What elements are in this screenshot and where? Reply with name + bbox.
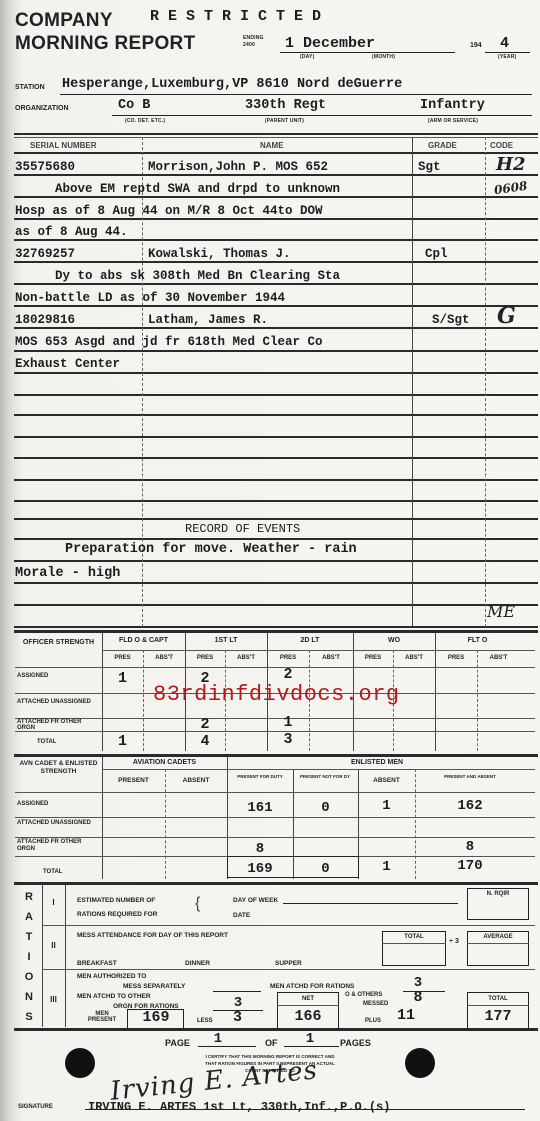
page-number: 1 [198, 1031, 238, 1047]
mess-total-label: TOTAL [382, 934, 446, 940]
cell-value: 1 [267, 714, 309, 731]
less-value: 3 [233, 1009, 242, 1026]
mess-attendance-label: MESS ATTENDANCE FOR DAY OF THIS REPORT [77, 932, 228, 939]
row-label-total: TOTAL [37, 739, 56, 745]
officer-strength-title: OFFICER STRENGTH [15, 638, 102, 647]
code-handwritten: 0608 [493, 179, 528, 198]
col-present-not-for-duty: PRESENT NOT FOR DY [296, 774, 354, 779]
page-label: PAGE [165, 1038, 190, 1048]
aviation-cadets-header: AVIATION CADETS [102, 759, 227, 766]
mess-separately-label: MEN AUTHORIZED TO [77, 973, 146, 980]
cell-value: 162 [415, 798, 525, 814]
code-handwritten: G [497, 303, 516, 329]
cell-value: 3 [267, 731, 309, 748]
col-grade-header: GRADE [428, 141, 457, 150]
row-label-attached-unassigned: ATTACHED UNASSIGNED [17, 699, 97, 706]
estimated-rations-label: ESTIMATED NUMBER OF [77, 897, 155, 904]
row-label-assigned: ASSIGNED [17, 801, 48, 807]
mess-separately-label2: MESS SEPARATELY [123, 983, 185, 990]
rations-required-label: RATIONS REQUIRED FOR [77, 911, 157, 918]
soldier-name: Latham, James R. [148, 313, 268, 327]
divide-by-three: ÷ 3 [447, 937, 461, 947]
less-label: LESS [197, 1018, 213, 1024]
row-label-assigned: ASSIGNED [17, 673, 48, 679]
cell-value: 1 [358, 798, 415, 814]
cell-value: 0 [293, 861, 358, 877]
ration-total-label: TOTAL [467, 996, 529, 1002]
binder-hole [65, 1048, 95, 1078]
col-present-for-duty: PRESENT FOR DUTY [231, 774, 289, 779]
morning-report-page: COMPANY R E S T R I C T E D MORNING REPO… [0, 0, 540, 1121]
report-year: 4 [500, 35, 509, 52]
col-code-header: CODE [490, 141, 513, 150]
remark-line: as of 8 Aug 44. [15, 225, 128, 239]
enlisted-strength-table: AVN CADET & ENLISTED STRENGTH AVIATION C… [15, 757, 535, 882]
row-label-attached-other: ATTACHED FR OTHER ORGN [17, 839, 97, 853]
cell-value: 1 [358, 859, 415, 875]
brace-icon: { [195, 895, 200, 913]
company-value: Co B [118, 98, 150, 113]
serial-number: 18029816 [15, 313, 75, 327]
cell-value: 161 [227, 800, 293, 816]
col-em-absent: ABSENT [358, 777, 415, 784]
subcol-pres: PRES [102, 655, 143, 661]
men-present-value: 169 [127, 1009, 185, 1026]
subcol-abst: ABS'T [225, 655, 267, 661]
cell-value: 1 [102, 670, 143, 687]
cell-value: 8 [415, 839, 525, 855]
remark-line: Non-battle LD as of 30 November 1944 [15, 291, 285, 305]
net-label: NET [277, 996, 339, 1002]
row-label-attached-unassigned: ATTACHED UNASSIGNED [17, 820, 97, 827]
ending-label: ENDING 2400 [243, 35, 273, 49]
net-value: 166 [277, 1008, 339, 1025]
cell-value: 2 [185, 716, 225, 733]
pages-label: PAGES [340, 1038, 371, 1048]
code-handwritten: H2 [496, 154, 526, 175]
plus-label: PLUS [365, 1018, 381, 1024]
subcol-abst: ABS'T [309, 655, 353, 661]
part-iii-numeral: III [42, 995, 65, 1004]
remark-line: MOS 653 Asgd and jd fr 618th Med Clear C… [15, 335, 323, 349]
row-label-total: TOTAL [43, 869, 62, 875]
average-label: AVERAGE [467, 934, 529, 940]
remark-line: Dy to abs sk 308th Med Bn Clearing Sta [55, 269, 340, 283]
subcol-pres: PRES [267, 655, 309, 661]
day-of-week-field[interactable] [283, 895, 458, 904]
others-messed-label2: MESSED [363, 1001, 388, 1007]
date-label: DATE [233, 912, 250, 919]
parent-caption: (PARENT UNIT) [265, 118, 304, 124]
group-wo: WO [353, 637, 435, 644]
station-label: STATION [15, 84, 45, 91]
atchd-for-rations-label: MEN ATCHD FOR RATIONS [270, 983, 354, 990]
subcol-pres: PRES [435, 655, 477, 661]
form-title-line1: COMPANY [15, 10, 113, 32]
rations-section: RATIONS I ESTIMATED NUMBER OF RATIONS RE… [15, 885, 535, 1027]
cell-value: 8 [227, 841, 293, 857]
organization-label: ORGANIZATION [15, 105, 69, 112]
total-pages: 1 [290, 1031, 330, 1047]
col-absent: ABSENT [165, 777, 227, 784]
col-name-header: NAME [260, 141, 284, 150]
remark-line: Hosp as of 8 Aug 44 on M/R 8 Oct 44to DO… [15, 204, 323, 218]
supper-label: SUPPER [275, 960, 302, 967]
plus-value: 11 [397, 1007, 415, 1024]
officer-strength-table: OFFICER STRENGTH FLD O & CAPT 1ST LT 2D … [15, 633, 535, 753]
arm-caption: (ARM OR SERVICE) [428, 118, 478, 124]
grade: Sgt [418, 160, 441, 174]
serial-number: 35575680 [15, 160, 75, 174]
subcol-pres: PRES [185, 655, 225, 661]
cell-value: 0 [293, 800, 358, 816]
record-of-events-title: RECORD OF EVENTS [185, 522, 300, 536]
company-caption: (CO. DET. ETC.) [125, 118, 165, 124]
watermark: 83rdinfdivdocs.org [153, 682, 400, 707]
binder-hole [405, 1048, 435, 1078]
group-flt-o: FLT O [435, 637, 520, 644]
others-messed-value: 8 [403, 989, 433, 1006]
breakfast-label: BREAKFAST [77, 960, 117, 967]
classification-stamp: R E S T R I C T E D [150, 8, 321, 25]
day-caption: (DAY) [300, 54, 314, 60]
part-ii-numeral: II [42, 941, 65, 950]
initials-handwritten: ME [487, 602, 515, 621]
ration-total-value: 177 [467, 1008, 529, 1025]
form-title-line2: MORNING REPORT [15, 33, 195, 55]
part-i-numeral: I [42, 898, 65, 907]
col-present-and-absent: PRESENT AND ABSENT [425, 774, 515, 779]
month-caption: (MONTH) [372, 54, 395, 60]
report-date: 1 December [285, 35, 375, 52]
rations-required-box-label: N. RQIR [467, 891, 529, 897]
serial-number: 32769257 [15, 247, 75, 261]
grade: Cpl [425, 247, 448, 261]
rations-side-label: RATIONS [21, 887, 37, 1027]
record-of-events-line2: Morale - high [15, 566, 120, 581]
row-label-attached-other: ATTACHED FR OTHER ORGN [17, 719, 97, 731]
cell-value: 4 [185, 733, 225, 750]
atchd-other-label: MEN ATCHD TO OTHER [77, 993, 151, 1000]
grade: S/Sgt [432, 313, 470, 327]
station-value: Hesperange,Luxemburg,VP 8610 Nord deGuer… [62, 77, 402, 92]
enlisted-men-header: ENLISTED MEN [227, 759, 527, 766]
record-of-events-line1: Preparation for move. Weather - rain [65, 542, 357, 557]
subcol-abst: ABS'T [143, 655, 185, 661]
men-present-label: MENPRESENT [77, 1011, 127, 1023]
day-of-week-label: DAY OF WEEK [233, 897, 278, 904]
col-serial-header: SERIAL NUMBER [30, 141, 97, 150]
cell-value: 170 [415, 858, 525, 874]
signature-label: SIGNATURE [18, 1104, 53, 1110]
parent-unit-value: 330th Regt [245, 98, 326, 113]
dinner-label: DINNER [185, 960, 210, 967]
remark-line: Exhaust Center [15, 357, 120, 371]
others-messed-label: O & OTHERS [345, 992, 382, 998]
year-caption: (YEAR) [498, 54, 516, 60]
soldier-name: Morrison,John P. MOS 652 [148, 160, 328, 174]
group-1st-lt: 1ST LT [185, 637, 267, 644]
of-label: OF [265, 1038, 278, 1048]
subcol-pres: PRES [353, 655, 393, 661]
cell-value: 169 [227, 861, 293, 877]
soldier-name: Kowalski, Thomas J. [148, 247, 291, 261]
col-present: PRESENT [102, 777, 165, 784]
group-fld-o-capt: FLD O & CAPT [102, 637, 185, 644]
year-prefix: 194 [470, 42, 482, 49]
subcol-abst: ABS'T [393, 655, 435, 661]
remark-line: Above EM reptd SWA and drpd to unknown [55, 182, 340, 196]
cell-value: 1 [102, 733, 143, 750]
subcol-abst: ABS'T [477, 655, 520, 661]
group-2d-lt: 2D LT [267, 637, 353, 644]
enlisted-strength-title: AVN CADET & ENLISTED STRENGTH [15, 760, 102, 776]
cell-value: 2 [267, 666, 309, 683]
arm-value: Infantry [420, 98, 485, 113]
